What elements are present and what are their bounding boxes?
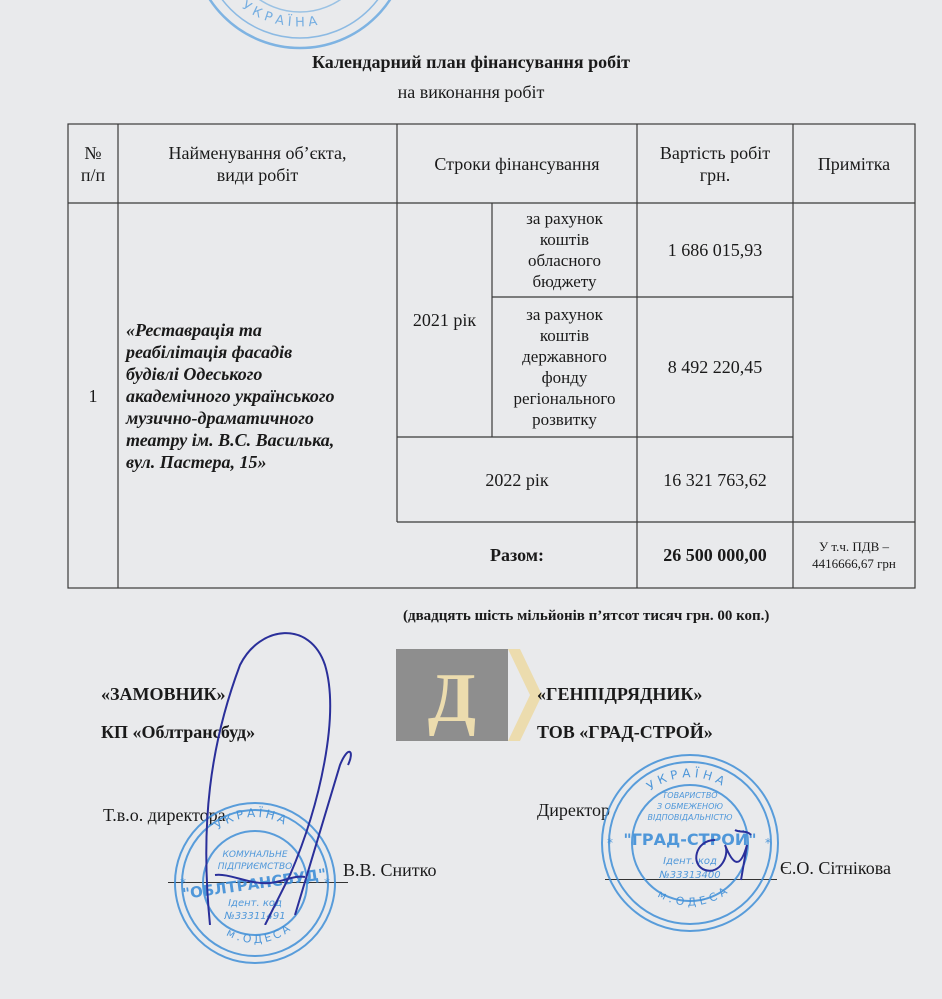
amount-state-fund: 8 492 220,45 xyxy=(637,297,793,437)
period-2022: 2022 рік xyxy=(397,437,637,522)
document-subtitle: на виконання робіт xyxy=(0,82,942,103)
svg-text:м.ОДЕСА: м.ОДЕСА xyxy=(656,882,733,909)
svg-text:ВІДПОВІДАЛЬНІСТЮ: ВІДПОВІДАЛЬНІСТЮ xyxy=(648,813,733,822)
source-state-fund: за рахунок коштів державного фонду регіо… xyxy=(492,297,637,437)
header-object-name: Найменування об’єкта, види робіт xyxy=(118,124,397,203)
total-vat-note: У т.ч. ПДВ – 4416666,67 грн xyxy=(793,522,915,588)
contractor-role: «ГЕНПІДРЯДНИК» xyxy=(537,684,702,705)
period-2021: 2021 рік xyxy=(397,203,492,437)
contractor-signature xyxy=(685,825,765,885)
header-number: № п/п xyxy=(68,124,118,203)
contractor-organization: ТОВ «ГРАД-СТРОЙ» xyxy=(537,722,713,743)
svg-text:*: * xyxy=(765,836,771,850)
object-name: «Реставрація та реабілітація фасадів буд… xyxy=(126,203,394,588)
svg-text:*: * xyxy=(607,836,613,850)
total-amount: 26 500 000,00 xyxy=(637,522,793,588)
amount-2022: 16 321 763,62 xyxy=(637,437,793,522)
document-title: Календарний план фінансування робіт xyxy=(0,52,942,73)
header-financing-terms: Строки фінансування xyxy=(397,124,637,203)
customer-signature xyxy=(170,625,370,925)
amount-regional-budget: 1 686 015,93 xyxy=(637,203,793,297)
svg-text:ТОВАРИСТВО: ТОВАРИСТВО xyxy=(662,791,717,800)
row-number: 1 xyxy=(68,203,118,588)
header-cost: Вартість робіт грн. xyxy=(637,124,793,203)
svg-text:З ОБМЕЖЕНОЮ: З ОБМЕЖЕНОЮ xyxy=(657,802,723,811)
amount-in-words: (двадцять шість мільйонів п’ятсот тисяч … xyxy=(403,608,769,625)
header-note: Примітка xyxy=(793,124,915,203)
source-regional-budget: за рахунок коштів обласного бюджету xyxy=(492,203,637,297)
watermark-logo: Д xyxy=(396,649,542,741)
total-label: Разом: xyxy=(397,522,637,588)
watermark-letter: Д xyxy=(428,660,476,737)
contractor-signatory: Є.О. Сітнікова xyxy=(780,858,891,879)
